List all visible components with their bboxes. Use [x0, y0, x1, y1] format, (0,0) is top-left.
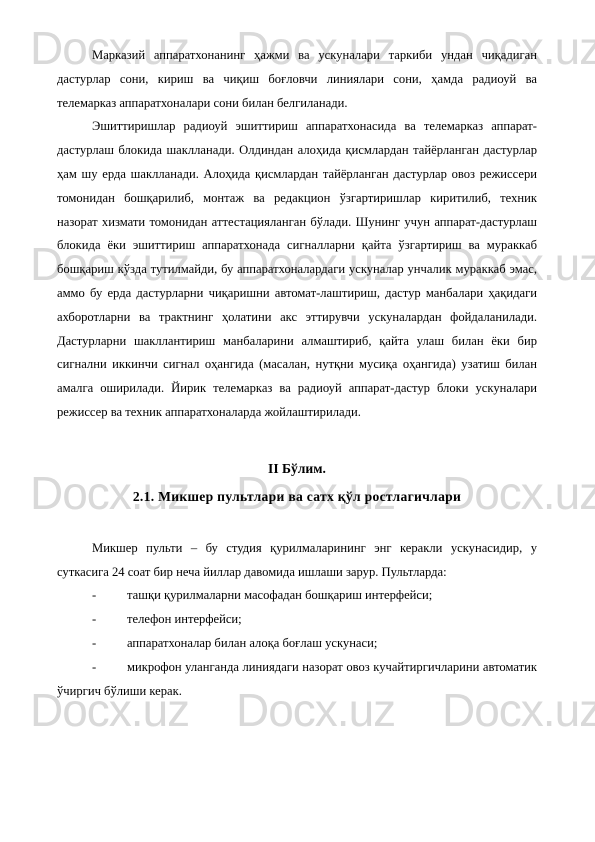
list-item: -аппаратхоналар билан алоқа боғлаш ускун… — [57, 632, 537, 656]
section-heading: 2.1. Микшер пультлари ва сатх қўл ростла… — [57, 484, 537, 510]
list-marker: - — [92, 656, 127, 680]
paragraph-central-hardware: Марказий аппаратхонанинг ҳажми ва ускуна… — [57, 44, 537, 115]
paragraph-broadcast-formation: Эшиттиришлар радиоуй эшиттириш аппаратхо… — [57, 115, 537, 424]
list-item: -ташқи қурилмаларни масофадан бошқариш и… — [57, 584, 537, 608]
part-heading: II Бўлим. — [57, 456, 537, 482]
document-page: Марказий аппаратхонанинг ҳажми ва ускуна… — [57, 44, 537, 703]
list-item-text: ташқи қурилмаларни масофадан бошқариш ин… — [127, 588, 432, 602]
list-item-text: аппаратхоналар билан алоқа боғлаш ускуна… — [127, 636, 377, 650]
list-item: -микрофон уланганда линиядаги назорат ов… — [57, 656, 537, 704]
list-item: -телефон интерфейси; — [57, 608, 537, 632]
list-marker: - — [92, 608, 127, 632]
list-item-text: микрофон уланганда линиядаги назорат ово… — [57, 660, 537, 698]
list-marker: - — [92, 632, 127, 656]
list-marker: - — [92, 584, 127, 608]
feature-list: -ташқи қурилмаларни масофадан бошқариш и… — [57, 584, 537, 703]
paragraph-mixer-intro: Микшер пульти – бу студия қурилмаларинин… — [57, 537, 537, 585]
list-item-text: телефон интерфейси; — [127, 612, 242, 626]
